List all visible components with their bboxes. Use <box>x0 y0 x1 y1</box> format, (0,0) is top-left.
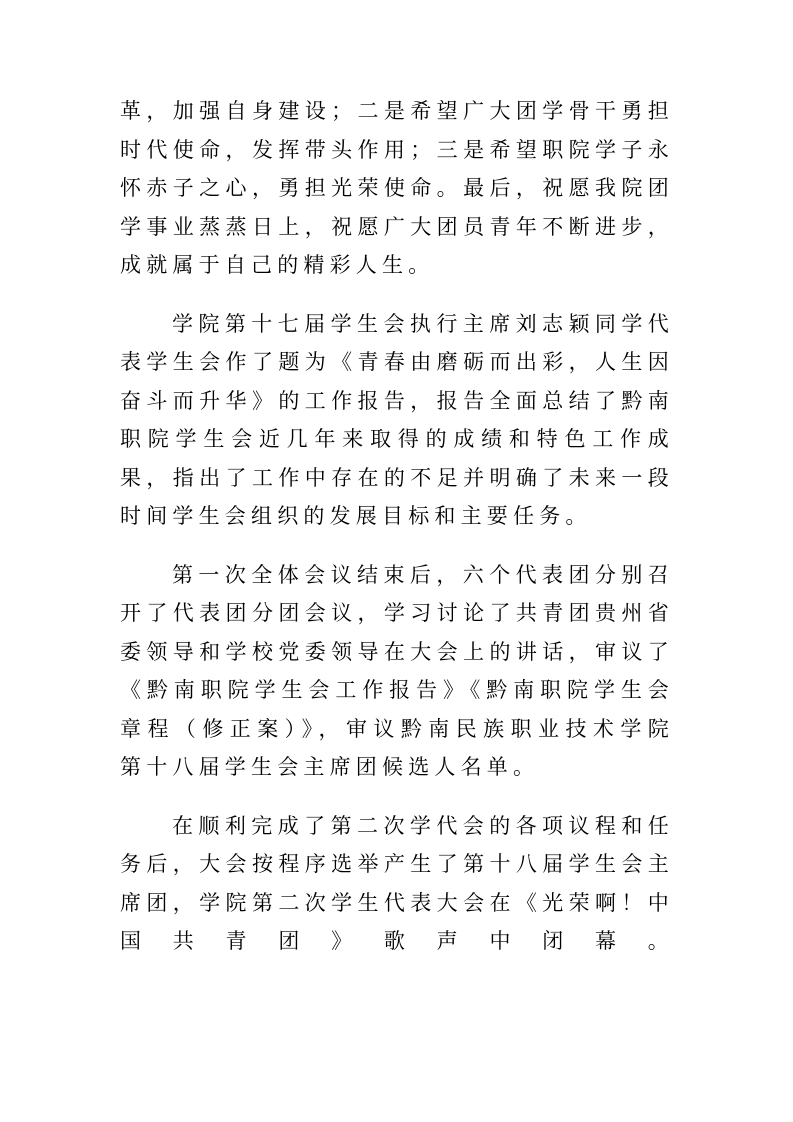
paragraph-closing-remarks: 革，加强自身建设；二是希望广大团学骨干勇担时代使命，发挥带头作用；三是希望职院学… <box>120 92 674 285</box>
paragraph-election-closing: 在顺利完成了第二次学代会的各项议程和任务后，大会按程序选举产生了第十八届学生会主… <box>120 807 674 961</box>
document-page: 革，加强自身建设；二是希望广大团学骨干勇担时代使命，发挥带头作用；三是希望职院学… <box>120 92 674 981</box>
paragraph-work-report: 学院第十七届学生会执行主席刘志颖同学代表学生会作了题为《青春由磨砺而出彩，人生因… <box>120 305 674 536</box>
paragraph-delegation-meetings: 第一次全体会议结束后，六个代表团分别召开了代表团分团会议，学习讨论了共青团贵州省… <box>120 556 674 787</box>
